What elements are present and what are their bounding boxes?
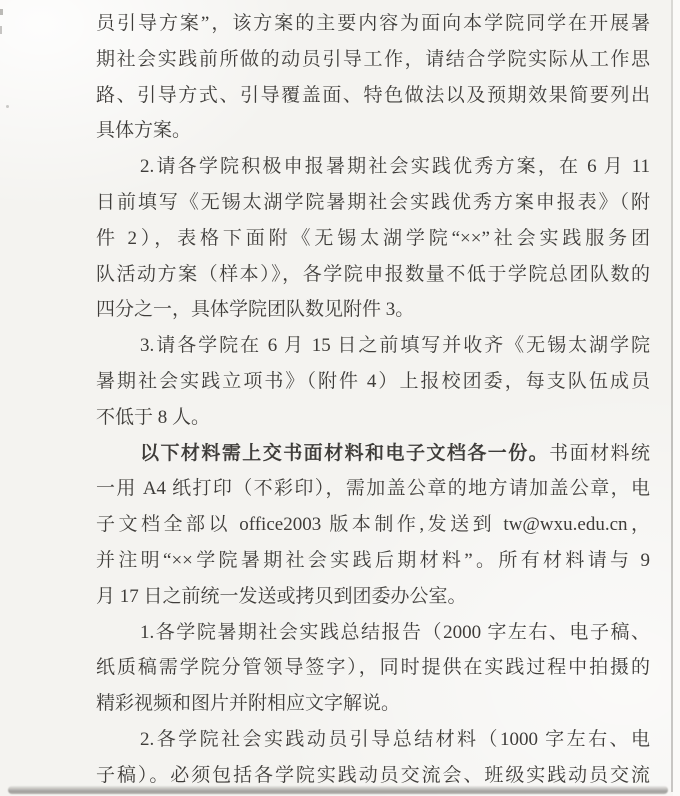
text-line: 具体方案。 bbox=[96, 113, 650, 149]
text-line: 件 2），表格下面附《无锡太湖学院“××”社会实践服务团 bbox=[96, 221, 650, 257]
text-line: 精彩视频和图片并附相应文字解说。 bbox=[96, 686, 650, 722]
text-line: 2.请各学院积极申报暑期社会实践优秀方案，在 6 月 11 bbox=[96, 149, 650, 185]
scan-shadow-bottom bbox=[8, 786, 668, 794]
text-line: 以下材料需上交书面材料和电子文档各一份。书面材料统 bbox=[96, 436, 650, 472]
text-line: 月 17 日之前统一发送或拷贝到团委办公室。 bbox=[96, 579, 650, 615]
text-line: 四分之一，具体学院团队数见附件 3。 bbox=[96, 292, 650, 328]
text-line: 暑期社会实践立项书》（附件 4）上报校团委，每支队伍成员 bbox=[96, 364, 650, 400]
text-line: 路、引导方式、引导覆盖面、特色做法以及预期效果简要列出 bbox=[96, 78, 650, 114]
text-line: 员引导方案”，该方案的主要内容为面向本学院同学在开展暑 bbox=[96, 6, 650, 42]
page-edge-line bbox=[671, 0, 673, 792]
text-line: 1.各学院暑期社会实践总结报告（2000 字左右、电子稿、 bbox=[96, 615, 650, 651]
text-line: 队活动方案（样本）》，各学院申报数量不低于学院总团队数的 bbox=[96, 257, 650, 293]
text-line: 3.请各学院在 6 月 15 日之前填写并收齐《无锡太湖学院 bbox=[96, 328, 650, 364]
text-line: 不低于 8 人。 bbox=[96, 400, 650, 436]
text-line: 2.各学院社会实践动员引导总结材料（1000 字左右、电 bbox=[96, 722, 650, 758]
scan-right-margin bbox=[673, 0, 680, 796]
text-line: 子文档全部以 office2003 版本制作,发送到 tw@wxu.edu.cn… bbox=[96, 507, 650, 543]
text-line: 期社会实践前所做的动员引导工作，请结合学院实际从工作思 bbox=[96, 42, 650, 78]
document-body: 员引导方案”，该方案的主要内容为面向本学院同学在开展暑期社会实践前所做的动员引导… bbox=[96, 6, 650, 794]
text-line: 纸质稿需学院分管领导签字），同时提供在实践过程中拍摄的 bbox=[96, 650, 650, 686]
scan-speck bbox=[0, 9, 3, 15]
text-line: 日前填写《无锡太湖学院暑期社会实践优秀方案申报表》（附 bbox=[96, 185, 650, 221]
scan-speck bbox=[6, 105, 9, 108]
text-line: 一用 A4 纸打印（不彩印），需加盖公章的地方请加盖公章，电 bbox=[96, 471, 650, 507]
text-line: 并注明“××学院暑期社会实践后期材料”。所有材料请与 9 bbox=[96, 543, 650, 579]
emphasis-text: 以下材料需上交书面材料和电子文档各一份。 bbox=[140, 443, 549, 464]
scanned-document-page: 员引导方案”，该方案的主要内容为面向本学院同学在开展暑期社会实践前所做的动员引导… bbox=[0, 0, 680, 796]
scan-speck bbox=[0, 26, 2, 34]
